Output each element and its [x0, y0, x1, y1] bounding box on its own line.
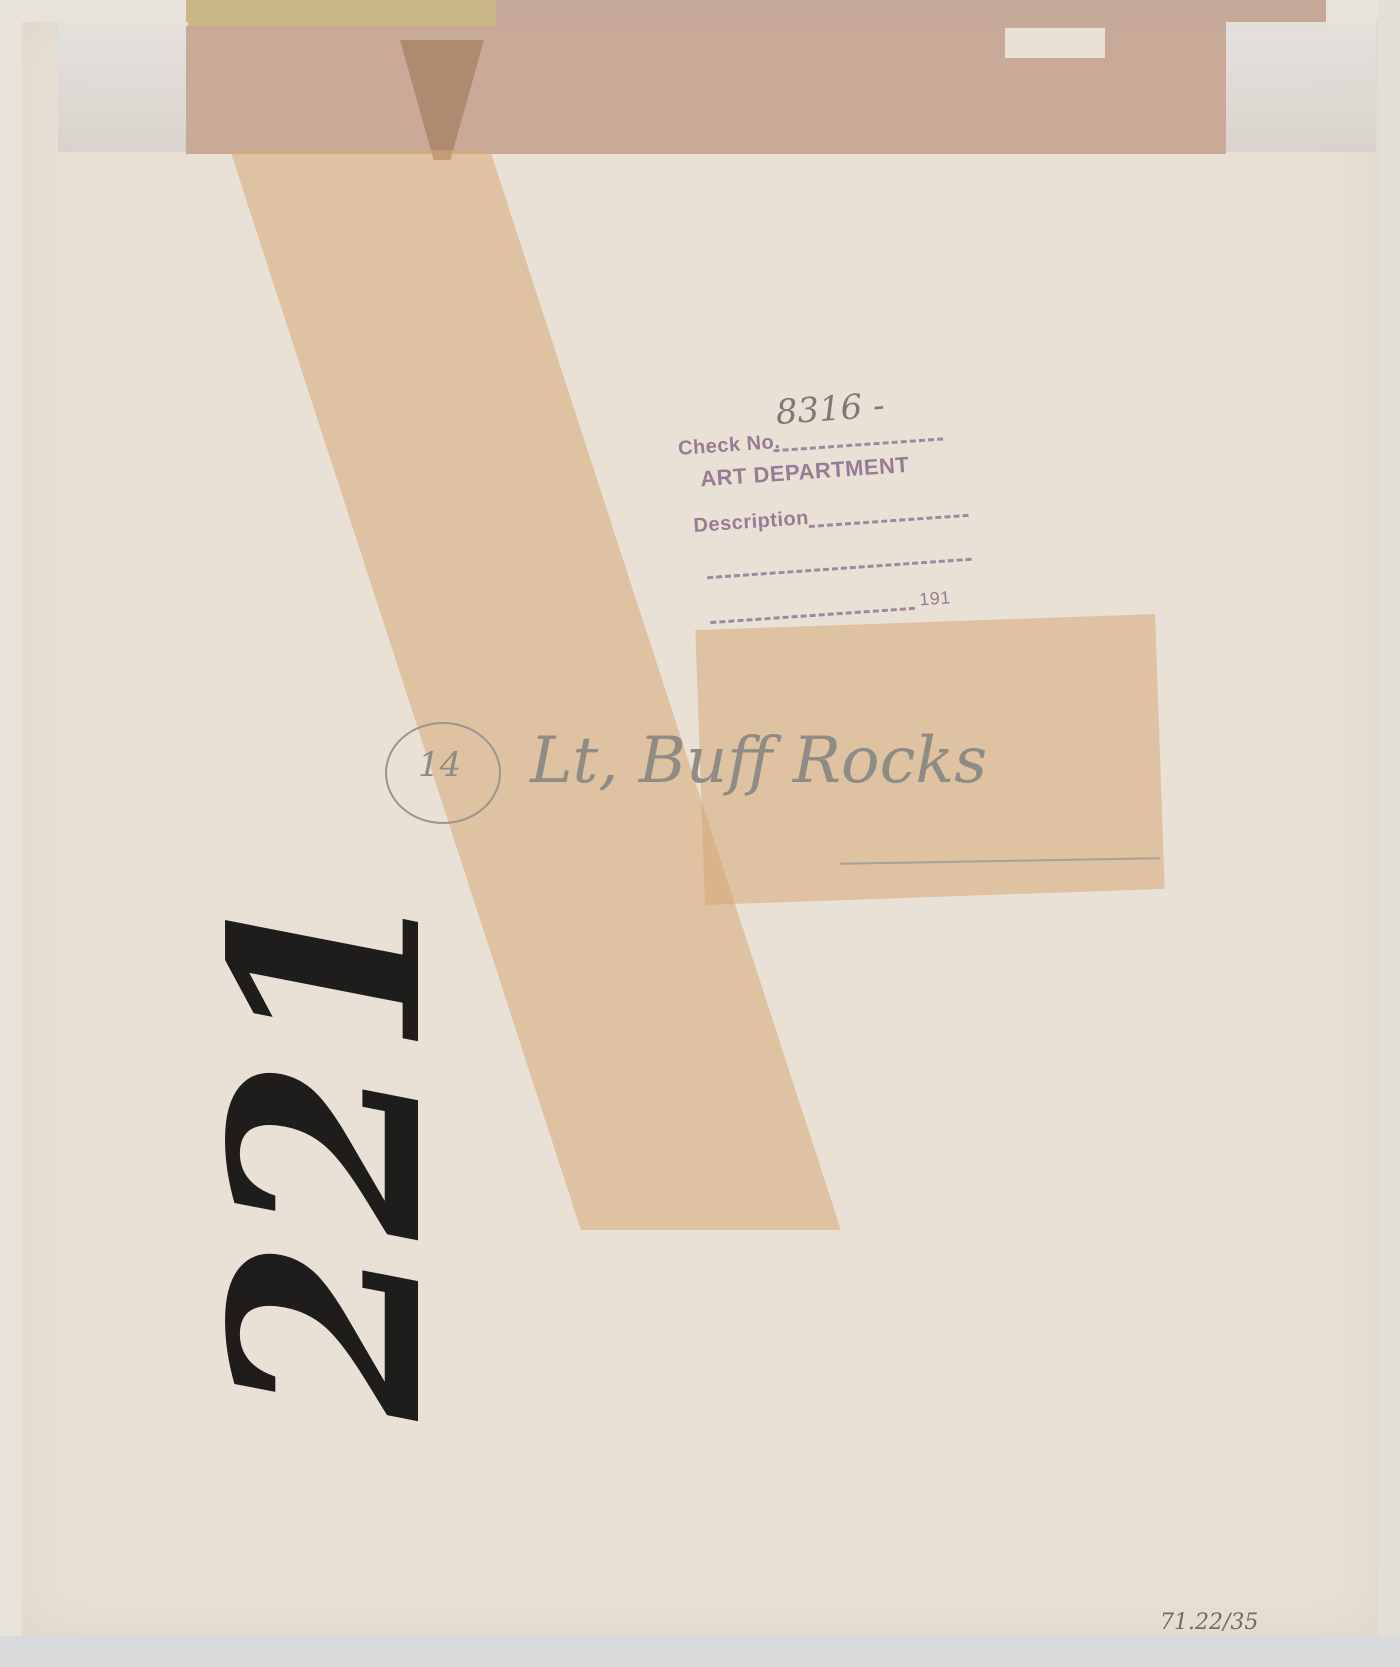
- cardboard-tear: [1005, 28, 1105, 58]
- tissue-hinge-right: [1226, 22, 1376, 152]
- description-line-2: [707, 558, 972, 579]
- tissue-hinge-left: [58, 22, 188, 152]
- crayon-number: 221: [175, 877, 480, 1420]
- check-number: 8316 -: [775, 385, 886, 432]
- description-line-1: [809, 514, 969, 528]
- accession-number: 71.22/35: [1160, 1610, 1258, 1635]
- backdrop-right: [1378, 0, 1400, 1667]
- department-label: ART DEPARTMENT: [699, 452, 910, 493]
- pencil-caption: Lt, Buff Rocks: [530, 724, 987, 798]
- date-line: [710, 607, 915, 624]
- art-department-stamp: Check No. 8316 - ART DEPARTMENT Descript…: [676, 397, 991, 647]
- check-line: [773, 437, 943, 452]
- description-label: Description: [693, 507, 810, 538]
- backdrop-bottom: [0, 1636, 1400, 1667]
- check-label: Check No.: [677, 431, 781, 461]
- year-prefix: 191: [919, 587, 952, 610]
- circled-number: 14: [418, 745, 461, 785]
- yellow-tape: [186, 0, 496, 26]
